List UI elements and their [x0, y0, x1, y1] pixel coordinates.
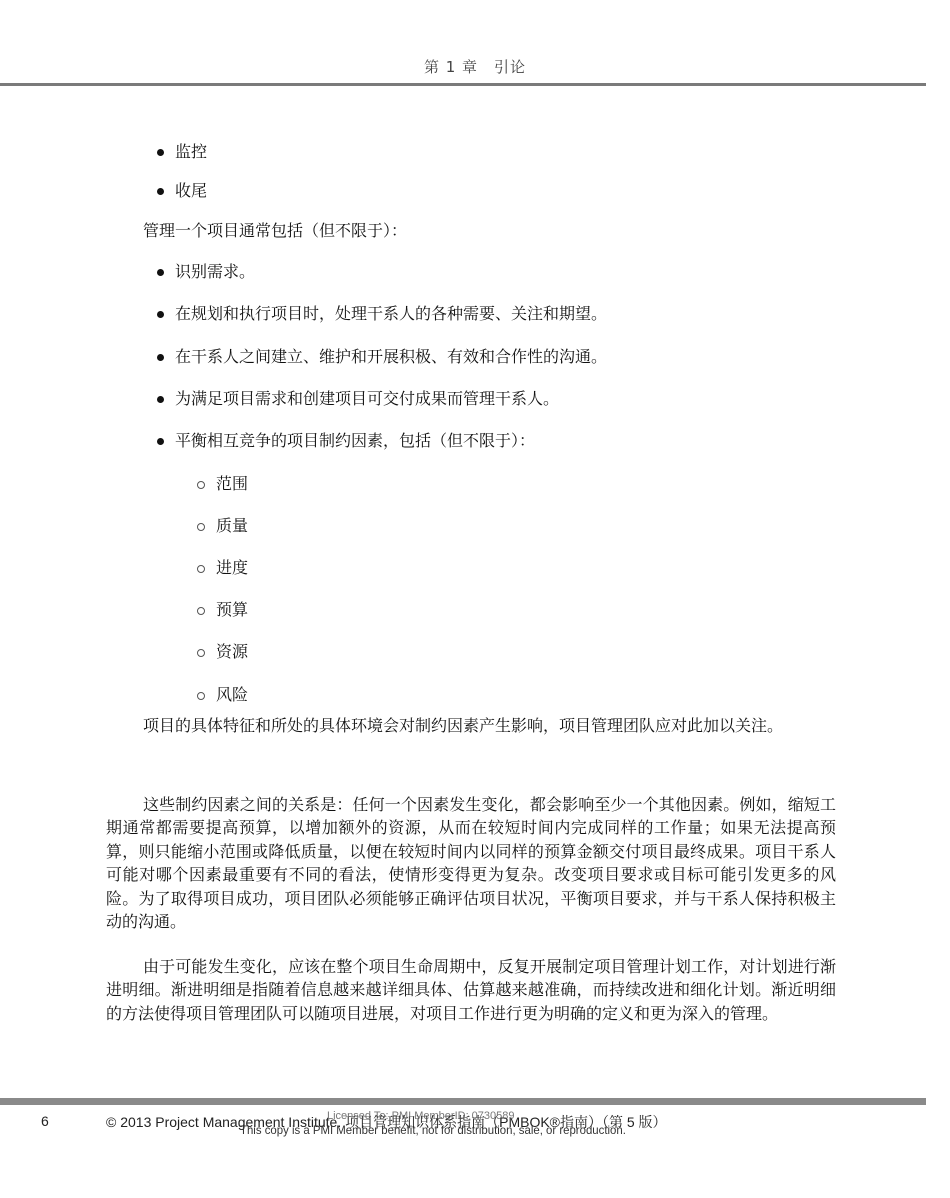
list-item: 识别需求。 [157, 262, 255, 282]
license-watermark: Licensed To: PMI MemberID: 0730589 [327, 1110, 515, 1122]
bullet-icon [157, 188, 164, 195]
list-item: 平衡相互竞争的项目制约因素，包括（但不限于）： [157, 431, 535, 451]
paragraph: 由于可能发生变化，应该在整个项目生命周期中，反复开展制定项目管理计划工作，对计划… [106, 955, 836, 1025]
sub-list-item: 范围 [197, 474, 248, 494]
distribution-watermark: This copy is a PMI Member benefit, not f… [240, 1123, 626, 1137]
bullet-icon [157, 354, 164, 361]
circle-bullet-icon [197, 481, 205, 489]
paragraph: 项目的具体特征和所处的具体环境会对制约因素产生影响，项目管理团队应对此加以关注。 [106, 714, 836, 737]
bullet-icon [157, 269, 164, 276]
page-number: 6 [41, 1113, 49, 1129]
sub-list-item: 质量 [197, 516, 248, 536]
circle-bullet-icon [197, 607, 205, 615]
sub-list-item: 预算 [197, 600, 248, 620]
chapter-title: 第 1 章 引论 [0, 56, 950, 77]
circle-bullet-icon [197, 523, 205, 531]
sub-list-item: 进度 [197, 558, 248, 578]
list-intro: 管理一个项目通常包括（但不限于）： [143, 221, 407, 241]
header-divider [0, 83, 926, 86]
list-item: 在干系人之间建立、维护和开展积极、有效和合作性的沟通。 [157, 347, 607, 367]
list-item: 为满足项目需求和创建项目可交付成果而管理干系人。 [157, 389, 559, 409]
circle-bullet-icon [197, 692, 205, 700]
bullet-icon [157, 311, 164, 318]
circle-bullet-icon [197, 649, 205, 657]
sub-list-item: 风险 [197, 685, 248, 705]
bullet-icon [157, 396, 164, 403]
list-item: 监控 [157, 142, 207, 162]
bullet-icon [157, 149, 164, 156]
list-item: 收尾 [157, 181, 207, 201]
paragraph: 这些制约因素之间的关系是：任何一个因素发生变化，都会影响至少一个其他因素。例如，… [106, 793, 836, 933]
sub-list-item: 资源 [197, 642, 248, 662]
bullet-icon [157, 438, 164, 445]
list-item: 在规划和执行项目时，处理干系人的各种需要、关注和期望。 [157, 304, 607, 324]
footer-divider [0, 1098, 926, 1105]
circle-bullet-icon [197, 565, 205, 573]
